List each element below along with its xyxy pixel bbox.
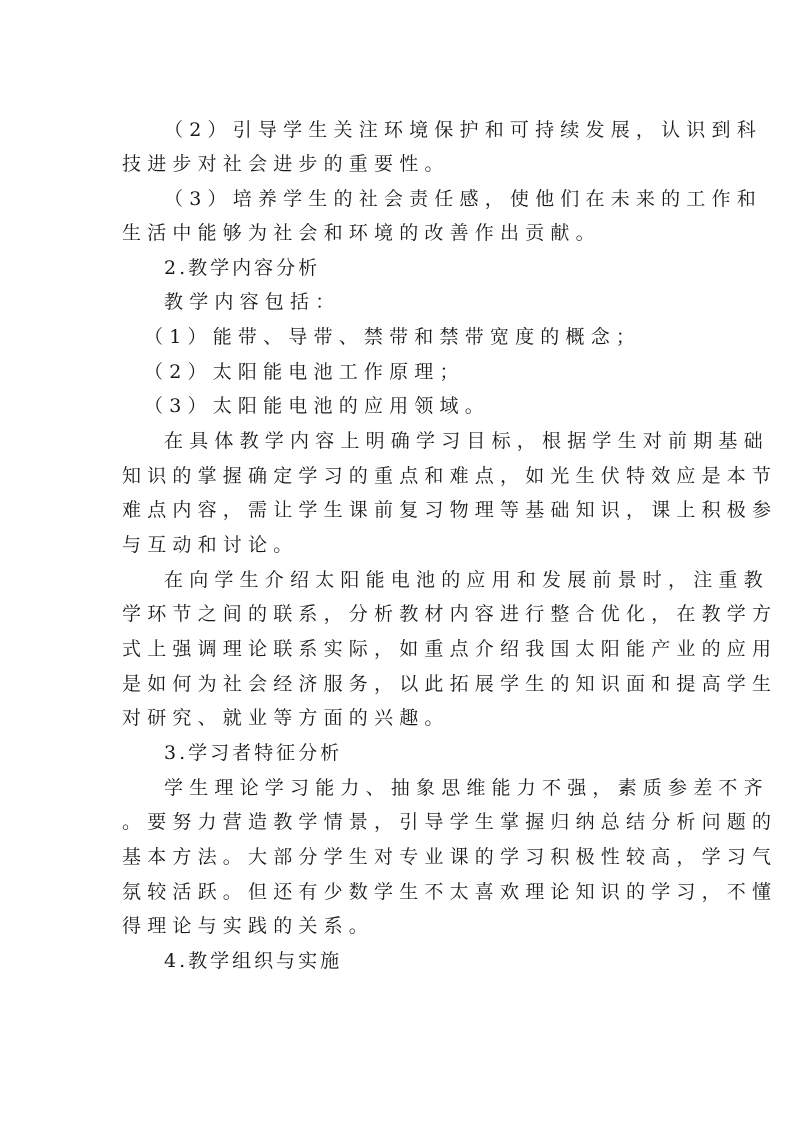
paragraph-goals-line-2: 知识的掌握确定学习的重点和难点，如光生伏特效应是本节 xyxy=(122,461,682,491)
paragraph-goals-line-4: 与互动和讨论。 xyxy=(122,530,682,560)
content-intro: 教学内容包括： xyxy=(164,287,724,317)
paragraph-application-line-4: 是如何为社会经济服务，以此拓展学生的知识面和提高学生 xyxy=(122,669,682,699)
section-heading-content-analysis: 2.教学内容分析 xyxy=(164,253,724,283)
paragraph-application-line-5: 对研究、就业等方面的兴趣。 xyxy=(122,703,682,733)
paragraph-learners-line-4: 氛较活跃。但还有少数学生不太喜欢理论知识的学习，不懂 xyxy=(122,877,682,907)
paragraph-learners-line-5: 得理论与实践的关系。 xyxy=(122,911,682,941)
section-heading-learner-analysis: 3.学习者特征分析 xyxy=(164,738,724,768)
paragraph-application-line-3: 式上强调理论联系实际，如重点介绍我国太阳能产业的应用 xyxy=(122,634,682,664)
paragraph-application-line-2: 学环节之间的联系，分析教材内容进行整合优化，在教学方 xyxy=(122,599,682,629)
section-heading-organization: 4.教学组织与实施 xyxy=(164,946,724,976)
objective-item-3-line-1: （3）培养学生的社会责任感，使他们在未来的工作和 xyxy=(164,184,724,214)
objective-item-3-line-2: 生活中能够为社会和环境的改善作出贡献。 xyxy=(122,218,682,248)
paragraph-learners-line-1: 学生理论学习能力、抽象思维能力不强，素质参差不齐 xyxy=(164,773,724,803)
objective-item-2-line-2: 技进步对社会进步的重要性。 xyxy=(122,149,682,179)
content-list-item-3: （3）太阳能电池的应用领域。 xyxy=(144,391,704,421)
paragraph-learners-line-2: 。要努力营造教学情景，引导学生掌握归纳总结分析问题的 xyxy=(122,807,682,837)
paragraph-goals-line-3: 难点内容，需让学生课前复习物理等基础知识，课上积极参 xyxy=(122,495,682,525)
document-page: （2）引导学生关注环境保护和可持续发展，认识到科 技进步对社会进步的重要性。 （… xyxy=(0,0,793,1122)
paragraph-application-line-1: 在向学生介绍太阳能电池的应用和发展前景时，注重教 xyxy=(164,565,724,595)
content-list-item-2: （2）太阳能电池工作原理； xyxy=(144,357,704,387)
content-list-item-1: （1）能带、导带、禁带和禁带宽度的概念； xyxy=(144,322,704,352)
paragraph-learners-line-3: 基本方法。大部分学生对专业课的学习积极性较高，学习气 xyxy=(122,842,682,872)
objective-item-2-line-1: （2）引导学生关注环境保护和可持续发展，认识到科 xyxy=(164,115,724,145)
paragraph-goals-line-1: 在具体教学内容上明确学习目标，根据学生对前期基础 xyxy=(164,426,724,456)
